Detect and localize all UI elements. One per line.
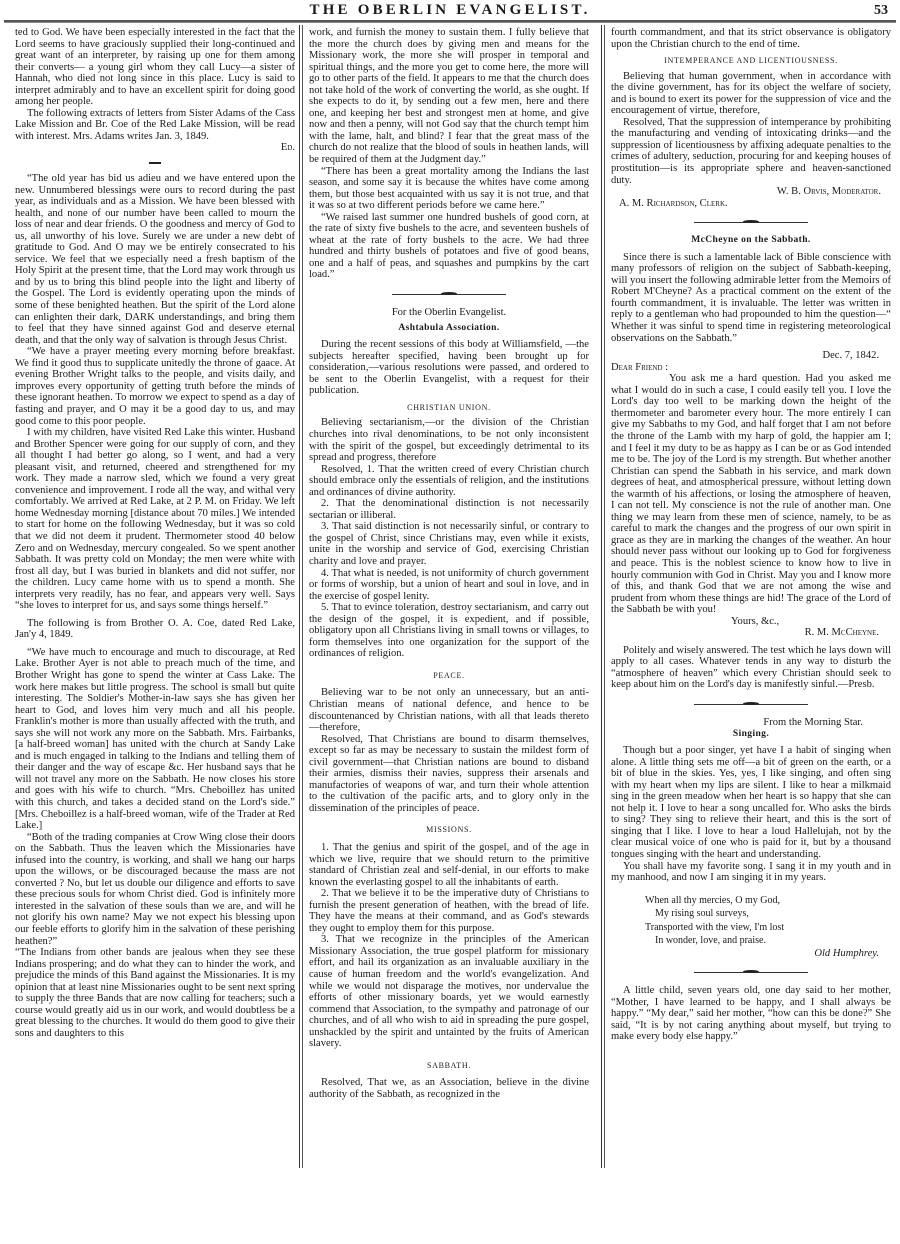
paragraph: Believing that human government, when in… [611,71,891,117]
page-columns: ted to God. We have been especially inte… [13,27,893,1177]
letter-closing: Yours, &c., [611,616,891,628]
letter-paragraph: “The Indians from other bands are jealou… [15,947,295,1039]
letter-salutation: Dear Friend : [611,362,891,374]
letter-paragraph: “Both of the trading companies at Crow W… [15,832,295,947]
source-line: From the Morning Star. [611,717,891,729]
letter-signature: R. M. McCheyne. [611,627,891,639]
poem-credit: Old Humphrey. [611,948,891,960]
section-heading: PEACE. [309,670,589,682]
ornamental-divider [694,222,808,228]
poem-line: In wonder, love, and praise. [645,934,891,948]
paragraph: The following extracts of letters from S… [15,108,295,143]
letter-paragraph: “There has been a great mortality among … [309,166,589,212]
masthead: THE OBERLIN EVANGELIST. 53 [0,0,900,20]
page-number: 53 [874,3,888,19]
letter-paragraph: “We raised last summer one hundred bushe… [309,212,589,281]
source-line: For the Oberlin Evangelist. [309,307,589,319]
letter-paragraph: I with my children, have visited Red Lak… [15,427,295,612]
short-divider [149,162,161,164]
poem-line: My rising soul surveys, [645,907,891,921]
section-heading: SABBATH. [309,1060,589,1072]
ornamental-divider [694,972,808,978]
column-1: ted to God. We have been especially inte… [15,27,295,1039]
letter-paragraph: “The old year has bid us adieu and we ha… [15,173,295,346]
paragraph: fourth commandment, and that its strict … [611,27,891,50]
editor-signoff-row: Ed. [15,142,295,154]
article-title: McCheyne on the Sabbath. [611,235,891,247]
column-divider [299,25,303,1168]
paragraph: Believing sectarianism,—or the division … [309,417,589,463]
editor-signoff: Ed. [281,142,295,154]
poem: When all thy mercies, O my God, My risin… [645,894,891,948]
masthead-rule [4,20,896,23]
clerk-signature: A. M. Richardson, Clerk. [611,198,891,210]
paragraph: A little child, seven years old, one day… [611,985,891,1043]
resolution: Resolved, That we, as an Association, be… [309,1077,589,1100]
resolution: 2. That the denominational distinction i… [309,498,589,521]
resolution: 3. That we recognize in the principles o… [309,934,589,1049]
poem-line: When all thy mercies, O my God, [645,894,891,908]
resolution: Resolved, That the suppression of intemp… [611,117,891,186]
paragraph: You shall have my favorite song. I sang … [611,861,891,884]
article-title: Singing. [611,729,891,741]
resolution: 2. That we believe it to be the imperati… [309,888,589,934]
column-2: work, and furnish the money to sustain t… [309,27,589,1100]
resolution: Resolved, 1. That the written creed of e… [309,464,589,499]
poem-line: Transported with the view, I'm lost [645,921,891,935]
resolution: 3. That said distinction is not necessar… [309,521,589,567]
letter-date: Dec. 7, 1842. [611,350,891,362]
ornamental-divider [392,294,506,300]
moderator-signature: W. B. Orvis, Moderator. [611,186,891,198]
paragraph: Politely and wisely answered. The test w… [611,645,891,691]
paragraph: ted to God. We have been especially inte… [15,27,295,108]
ornamental-divider [694,704,808,710]
paragraph: Though but a poor singer, yet have I a h… [611,745,891,860]
article-title: Ashtabula Association. [309,323,589,335]
newspaper-title: THE OBERLIN EVANGELIST. [0,2,900,19]
section-heading: INTEMPERANCE AND LICENTIOUSNESS. [611,55,891,67]
resolution: 4. That what is needed, is not uniformit… [309,568,589,603]
resolution: Resolved, That Christians are bound to d… [309,734,589,815]
letter-paragraph: work, and furnish the money to sustain t… [309,27,589,166]
section-heading: CHRISTIAN UNION. [309,402,589,414]
letter-body: You ask me a hard question. Had you aske… [611,373,891,615]
letter-paragraph: “We have much to encourage and much to d… [15,647,295,832]
column-3: fourth commandment, and that its strict … [611,27,891,1043]
paragraph: Since there is such a lamentable lack of… [611,252,891,344]
paragraph: Believing war to be not only an unnecess… [309,687,589,733]
resolution: 5. That to evince toleration, destroy se… [309,602,589,660]
column-divider [601,25,605,1168]
coe-intro: The following is from Brother O. A. Coe,… [15,618,295,641]
section-heading: MISSIONS. [309,824,589,836]
paragraph: During the recent sessions of this body … [309,339,589,397]
letter-paragraph: “We have a prayer meeting every morning … [15,346,295,427]
resolution: 1. That the genius and spirit of the gos… [309,842,589,888]
